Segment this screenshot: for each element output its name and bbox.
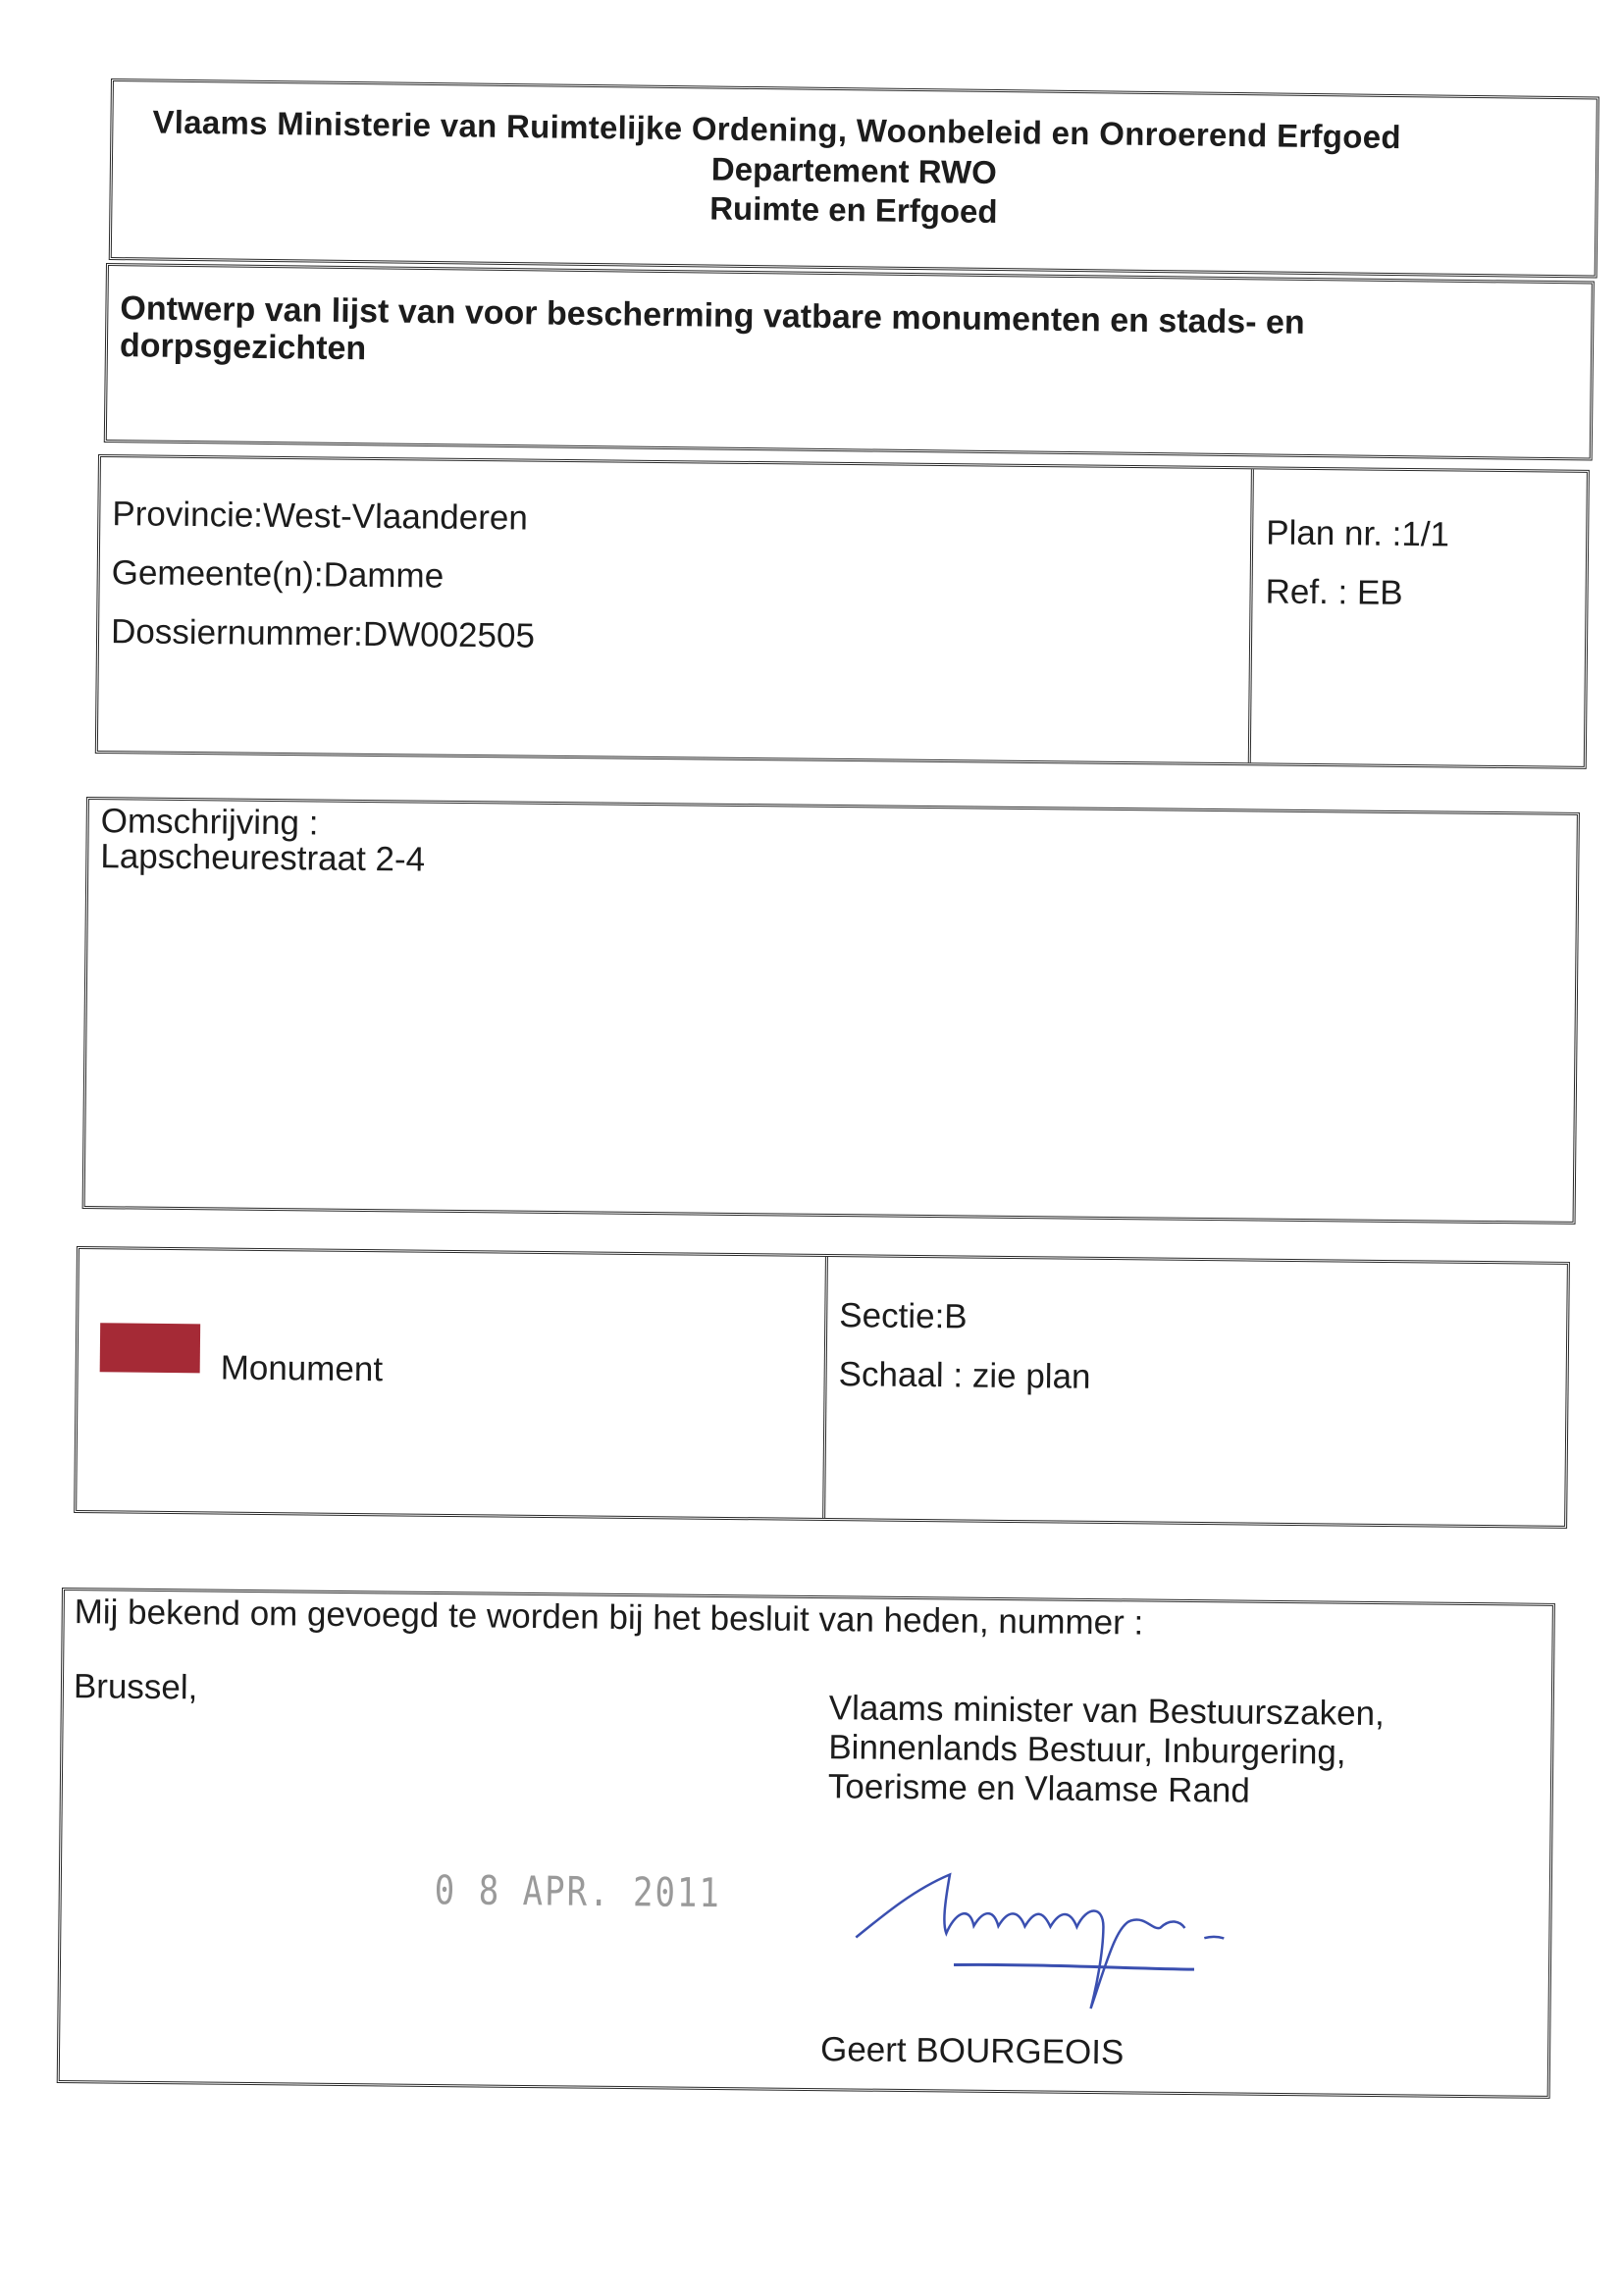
ministry-header-box: Vlaams Ministerie van Ruimtelijke Ordeni…	[109, 78, 1599, 279]
location-box: Provincie:West-Vlaanderen Gemeente(n):Da…	[95, 454, 1590, 769]
legend-box: Monument Sectie:B Schaal : zie plan	[74, 1246, 1570, 1529]
gemeente-field: Gemeente(n):Damme	[112, 553, 445, 597]
description-box: Omschrijving : Lapscheurestraat 2-4	[82, 797, 1580, 1225]
monument-color-swatch	[100, 1323, 201, 1373]
signatory-name: Geert BOURGEOIS	[820, 2030, 1125, 2072]
document-title-box: Ontwerp van lijst van voor bescherming v…	[104, 263, 1595, 461]
plan-number-field: Plan nr. :1/1	[1266, 513, 1449, 554]
dossiernummer-field: Dossiernummer:DW002505	[111, 612, 535, 656]
minister-title-line-3: Toerisme en Vlaamse Rand	[828, 1767, 1250, 1811]
approval-statement: Mij bekend om gevoegd te worden bij het …	[75, 1592, 1144, 1643]
minister-title-line-1: Vlaams minister van Bestuurszaken,	[829, 1689, 1385, 1734]
description-value: Lapscheurestraat 2-4	[100, 837, 425, 879]
column-divider	[822, 1257, 828, 1518]
sectie-field: Sectie:B	[839, 1296, 968, 1336]
approval-box: Mij bekend om gevoegd te worden bij het …	[57, 1588, 1555, 2099]
schaal-field: Schaal : zie plan	[838, 1355, 1090, 1397]
provincie-field: Provincie:West-Vlaanderen	[112, 495, 528, 538]
column-divider	[1248, 469, 1254, 762]
reference-field: Ref. : EB	[1265, 572, 1402, 612]
signature-icon	[845, 1863, 1436, 2026]
minister-title-line-2: Binnenlands Bestuur, Inburgering,	[828, 1728, 1346, 1773]
legend-label: Monument	[220, 1349, 383, 1390]
place-label: Brussel,	[74, 1667, 198, 1707]
document-title: Ontwerp van lijst van voor bescherming v…	[120, 289, 1514, 381]
date-stamp: 0 8 APR. 2011	[435, 1867, 722, 1917]
